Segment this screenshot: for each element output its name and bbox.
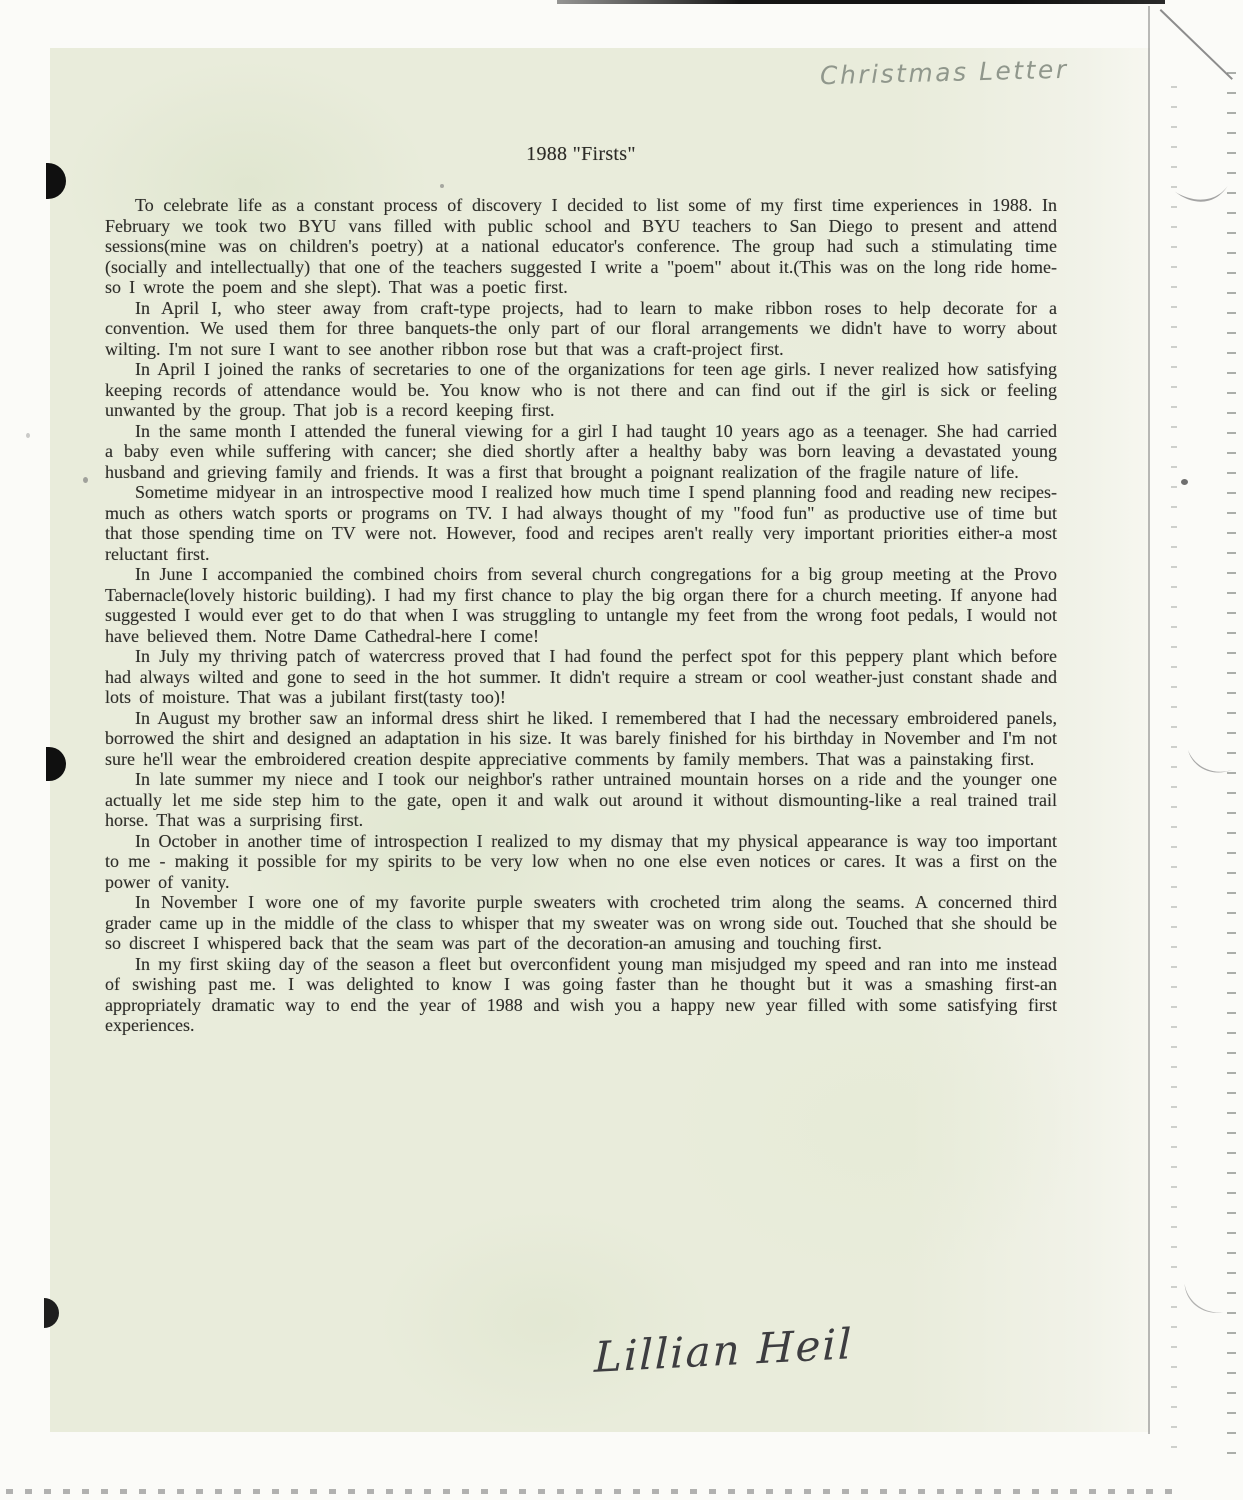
scan-speck: [1181, 479, 1188, 485]
scan-top-edge-line: [557, 0, 1165, 4]
page-curl-mark-middle: [1186, 748, 1234, 780]
scan-bottom-sprocket-marks: [6, 1489, 1176, 1494]
letter-body: To celebrate life as a constant process …: [105, 195, 1057, 1036]
page-right-edge-line: [1148, 6, 1150, 1434]
letter-paper: 1988 "Firsts" To celebrate life as a con…: [50, 48, 1150, 1432]
letter-paragraph-12: In my first skiing day of the season a f…: [105, 954, 1057, 1036]
letter-paragraph-2: In April I, who steer away from craft-ty…: [105, 298, 1057, 360]
scan-speck: [440, 184, 444, 188]
letter-paragraph-10: In October in another time of introspect…: [105, 831, 1057, 893]
letter-content: 1988 "Firsts" To celebrate life as a con…: [105, 48, 1057, 1036]
letter-paragraph-6: In June I accompanied the combined choir…: [105, 564, 1057, 646]
scan-speck: [26, 433, 30, 438]
letter-paragraph-3: In April I joined the ranks of secretari…: [105, 359, 1057, 421]
letter-title: 1988 "Firsts": [105, 143, 1057, 166]
letter-paragraph-7: In July my thriving patch of watercress …: [105, 646, 1057, 708]
letter-paragraph-9: In late summer my niece and I took our n…: [105, 769, 1057, 831]
letter-paragraph-11: In November I wore one of my favorite pu…: [105, 892, 1057, 954]
scan-speck: [83, 477, 88, 483]
corner-fold-line: [1160, 9, 1233, 80]
letter-paragraph-8: In August my brother saw an informal dre…: [105, 708, 1057, 770]
letter-paragraph-1: To celebrate life as a constant process …: [105, 195, 1057, 298]
page-curl-mark-bottom: [1176, 1281, 1230, 1324]
letter-paragraph-5: Sometime midyear in an introspective moo…: [105, 482, 1057, 564]
letter-paragraph-4: In the same month I attended the funeral…: [105, 421, 1057, 483]
perforation-ticks-inner: [1171, 86, 1177, 1466]
